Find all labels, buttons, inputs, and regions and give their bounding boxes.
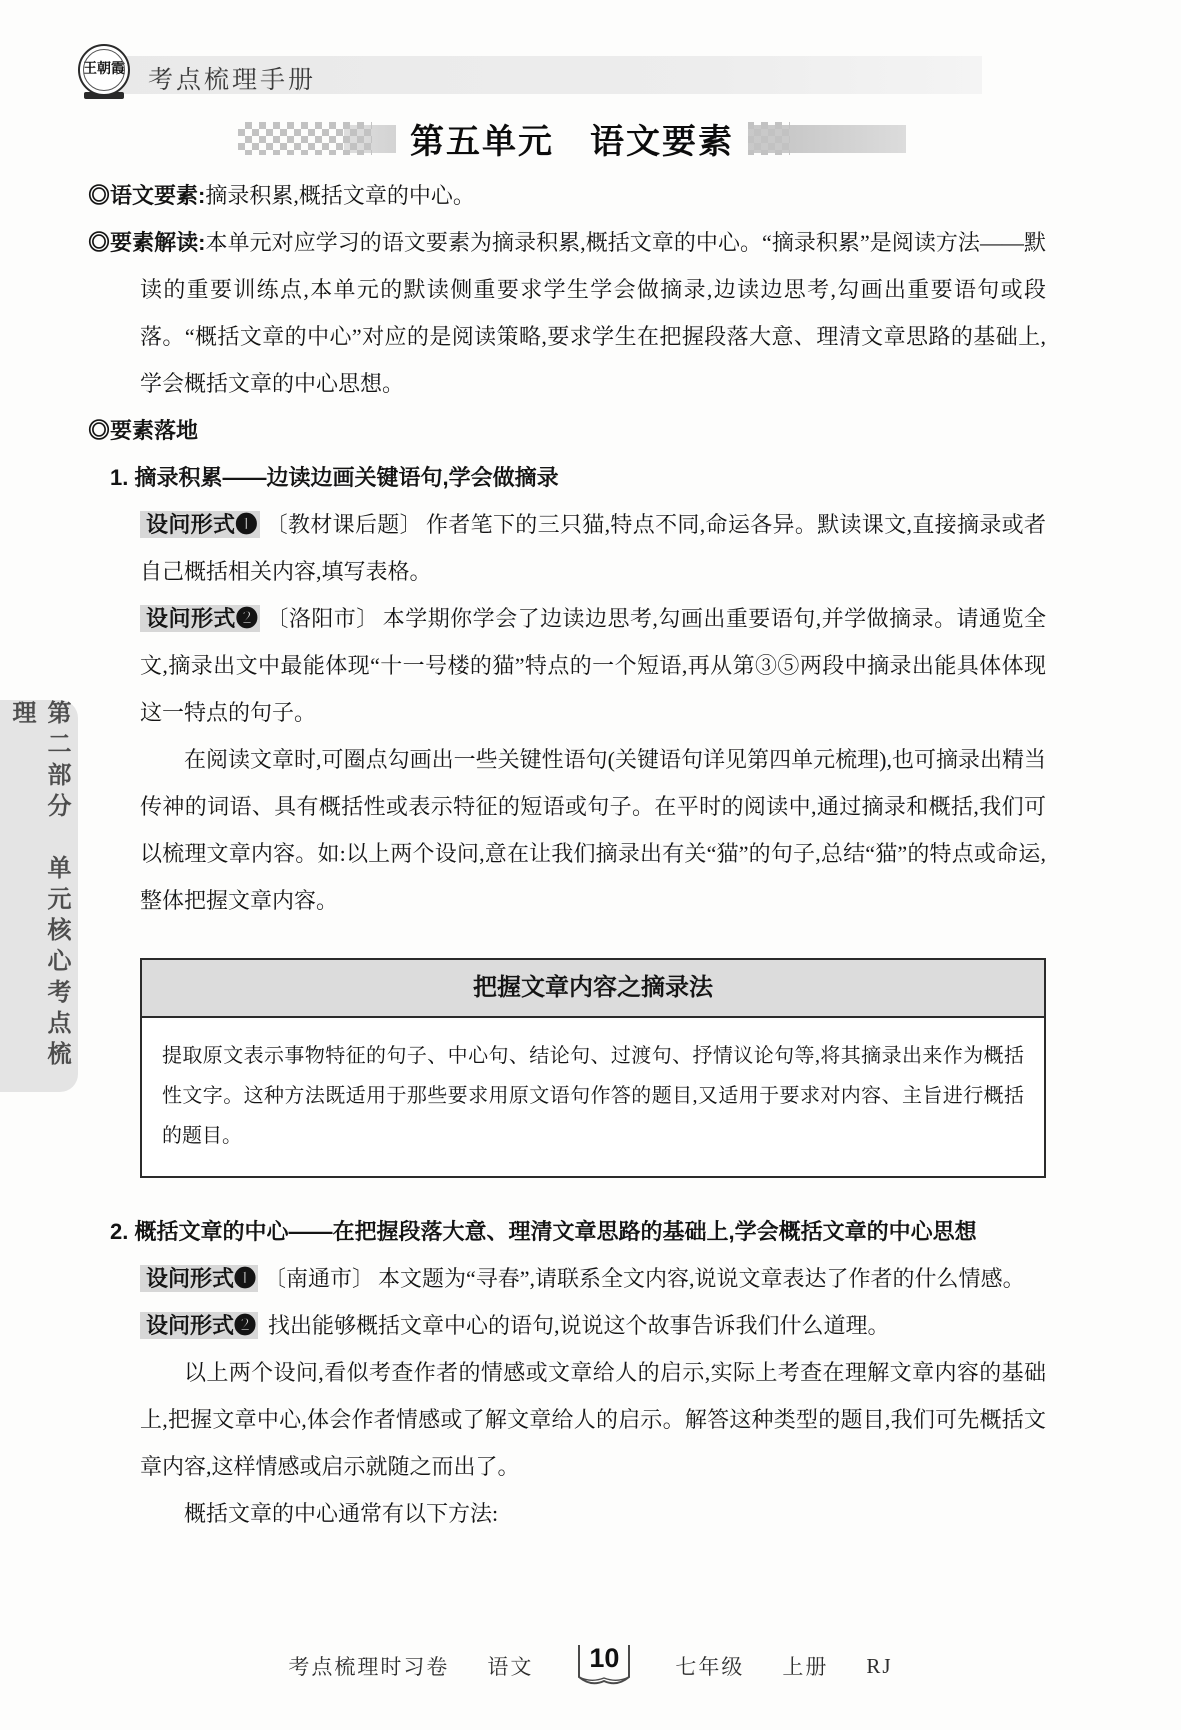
explanation-paragraph-2: 以上两个设问,看似考查作者的情感或文章给人的启示,实际上考查在理解文章内容的基础…	[140, 1349, 1046, 1490]
element-definition-label: ◎语文要素:	[88, 183, 205, 208]
sidebar-tab: 第二部分 单元核心考点梳理	[0, 700, 78, 1092]
footer-grade: 七年级	[675, 1651, 744, 1681]
footer-volume: 上册	[782, 1651, 828, 1681]
element-definition-text: 摘录积累,概括文章的中心。	[205, 183, 475, 208]
unit-banner: 第五单元 语文要素	[238, 118, 906, 160]
sidebar-label: 第二部分 单元核心考点梳理	[4, 700, 74, 1092]
item1-heading: 1. 摘录积累——边读边画关键语句,学会做摘录	[140, 454, 1046, 501]
footer-edition: RJ	[866, 1654, 892, 1679]
page-footer: 考点梳理时习卷 语文 10 七年级 上册 RJ	[0, 1638, 1181, 1694]
question-text: 找出能够概括文章中心的语句,说说这个故事告诉我们什么道理。	[268, 1313, 890, 1338]
question-form-2: 设问形式❷〔洛阳市〕本学期你学会了边读边思考,勾画出重要语句,并学做摘录。请通览…	[140, 595, 1046, 736]
brand-seal-icon: 王朝霞	[74, 40, 134, 104]
checker-pattern-left-icon	[238, 122, 372, 155]
question-form-4: 设问形式❷找出能够概括文章中心的语句,说说这个故事告诉我们什么道理。	[140, 1302, 1046, 1349]
page-content: ◎语文要素:摘录积累,概括文章的中心。 ◎要素解读:本单元对应学习的语文要素为摘…	[140, 172, 1046, 1537]
question-source: 〔教材课后题〕	[260, 512, 426, 537]
page-number-book: 10	[571, 1641, 637, 1691]
handbook-title: 考点梳理手册	[148, 60, 316, 96]
footer-series: 考点梳理时习卷	[288, 1651, 449, 1681]
element-interpretation-text: 本单元对应学习的语文要素为摘录积累,概括文章的中心。“摘录积累”是阅读方法——默…	[140, 230, 1046, 396]
question-form-chip: 设问形式❷	[140, 605, 260, 632]
element-interpretation-label: ◎要素解读:	[88, 230, 206, 255]
question-form-chip: 设问形式❶	[140, 511, 260, 538]
question-form-chip: 设问形式❶	[140, 1265, 258, 1292]
question-form-3: 设问形式❶〔南通市〕本文题为“寻春”,请联系全文内容,说说文章表达了作者的什么情…	[140, 1255, 1046, 1302]
question-source: 〔南通市〕	[258, 1266, 378, 1291]
question-text: 本文题为“寻春”,请联系全文内容,说说文章表达了作者的什么情感。	[378, 1266, 1025, 1291]
method-box: 把握文章内容之摘录法 提取原文表示事物特征的句子、中心句、结论句、过渡句、抒情议…	[140, 958, 1046, 1178]
element-definition: ◎语文要素:摘录积累,概括文章的中心。	[140, 172, 1046, 219]
element-landing: ◎要素落地	[140, 407, 1046, 454]
header-bar: 考点梳理手册	[96, 56, 982, 94]
question-source: 〔洛阳市〕	[260, 606, 382, 631]
question-text-gap	[258, 1313, 268, 1338]
method-box-title: 把握文章内容之摘录法	[142, 960, 1044, 1018]
footer-subject: 语文	[487, 1651, 533, 1681]
unit-title: 第五单元 语文要素	[396, 114, 748, 163]
explanation-paragraph-3: 概括文章的中心通常有以下方法:	[140, 1490, 1046, 1537]
element-interpretation: ◎要素解读:本单元对应学习的语文要素为摘录积累,概括文章的中心。“摘录积累”是阅…	[140, 219, 1046, 407]
page-number: 10	[571, 1643, 637, 1674]
question-form-chip: 设问形式❷	[140, 1312, 258, 1339]
question-form-1: 设问形式❶〔教材课后题〕作者笔下的三只猫,特点不同,命运各异。默读课文,直接摘录…	[140, 501, 1046, 595]
scanned-workbook-page: 考点梳理手册 王朝霞 第五单元 语文要素 第二部分 单元核心考点梳理 ◎语文要素…	[0, 0, 1181, 1730]
explanation-paragraph-1: 在阅读文章时,可圈点勾画出一些关键性语句(关键语句详见第四单元梳理),也可摘录出…	[140, 736, 1046, 924]
method-box-body: 提取原文表示事物特征的句子、中心句、结论句、过渡句、抒情议论句等,将其摘录出来作…	[142, 1018, 1044, 1176]
seal-circle-icon: 王朝霞	[78, 44, 130, 96]
item2-heading: 2. 概括文章的中心——在把握段落大意、理清文章思路的基础上,学会概括文章的中心…	[140, 1208, 1046, 1255]
brand-name: 王朝霞	[83, 63, 125, 77]
element-landing-label: ◎要素落地	[88, 418, 198, 443]
